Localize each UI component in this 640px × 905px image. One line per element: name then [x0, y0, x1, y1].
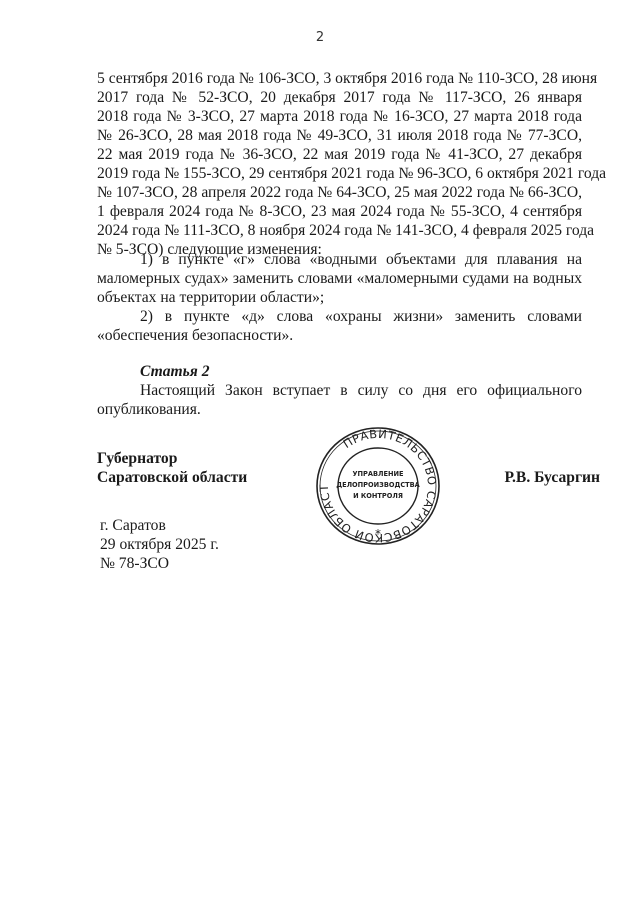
article-2-section: Статья 2 Настоящий Закон вступает в силу… — [97, 362, 582, 419]
article-2-heading: Статья 2 — [97, 362, 582, 381]
text-line: 2) в пункте «д» слова «охраны жизни» зам… — [97, 307, 582, 326]
law-number: № 78-ЗСО — [100, 554, 219, 573]
text-line: опубликования. — [97, 400, 582, 419]
city: г. Саратов — [100, 516, 219, 535]
text-line: № 107-ЗСО, 28 апреля 2022 года № 64-ЗСО,… — [97, 183, 582, 202]
text-line: объектах на территории области»; — [97, 288, 582, 307]
signatory-name: Р.В. Бусаргин — [504, 468, 600, 487]
text-line: 22 мая 2019 года № 36-ЗСО, 22 мая 2019 г… — [97, 145, 582, 164]
text-line: № 26-ЗСО, 28 мая 2018 года № 49-ЗСО, 31 … — [97, 126, 582, 145]
amendment-item-1: 1) в пункте «г» слова «водными объектами… — [97, 250, 582, 307]
svg-text:*: * — [375, 527, 381, 541]
text-line: 1 февраля 2024 года № 8-ЗСО, 23 мая 2024… — [97, 202, 582, 221]
text-line: 2018 года № 3-ЗСО, 27 марта 2018 года № … — [97, 107, 582, 126]
text-line: 2017 года № 52-ЗСО, 20 декабря 2017 года… — [97, 88, 582, 107]
text-line: «обеспечения безопасности». — [97, 326, 582, 345]
text-line: маломерных судах» заменить словами «мало… — [97, 269, 582, 288]
text-line: 2024 года № 111-ЗСО, 8 ноября 2024 года … — [97, 221, 582, 240]
svg-text:ДЕЛОПРОИЗВОДСТВА: ДЕЛОПРОИЗВОДСТВА — [336, 481, 420, 489]
text-line: 1) в пункте «г» слова «водными объектами… — [97, 250, 582, 269]
official-seal-stamp: ПРАВИТЕЛЬСТВО САРАТОВСКОЙ ОБЛАСТИ УПРАВЛ… — [313, 424, 443, 548]
seal-icon: ПРАВИТЕЛЬСТВО САРАТОВСКОЙ ОБЛАСТИ УПРАВЛ… — [313, 424, 443, 548]
text-line: Настоящий Закон вступает в силу со дня е… — [97, 381, 582, 400]
law-place-date-number: г. Саратов 29 октября 2025 г. № 78-ЗСО — [100, 516, 219, 573]
svg-text:УПРАВЛЕНИЕ: УПРАВЛЕНИЕ — [352, 470, 404, 478]
amendment-preamble-paragraph: 5 сентября 2016 года № 106-ЗСО, 3 октябр… — [97, 69, 582, 259]
law-date: 29 октября 2025 г. — [100, 535, 219, 554]
position-region: Саратовской области — [97, 468, 247, 487]
text-line: 2019 года № 155-ЗСО, 29 сентября 2021 го… — [97, 164, 582, 183]
amendment-item-2: 2) в пункте «д» слова «охраны жизни» зам… — [97, 307, 582, 345]
signatory-position: Губернатор Саратовской области — [97, 449, 247, 487]
page-number: 2 — [0, 30, 640, 45]
amendment-items-list: 1) в пункте «г» слова «водными объектами… — [97, 250, 582, 345]
svg-text:И КОНТРОЛЯ: И КОНТРОЛЯ — [353, 492, 403, 500]
text-line: 5 сентября 2016 года № 106-ЗСО, 3 октябр… — [97, 69, 582, 88]
position-title: Губернатор — [97, 449, 247, 468]
